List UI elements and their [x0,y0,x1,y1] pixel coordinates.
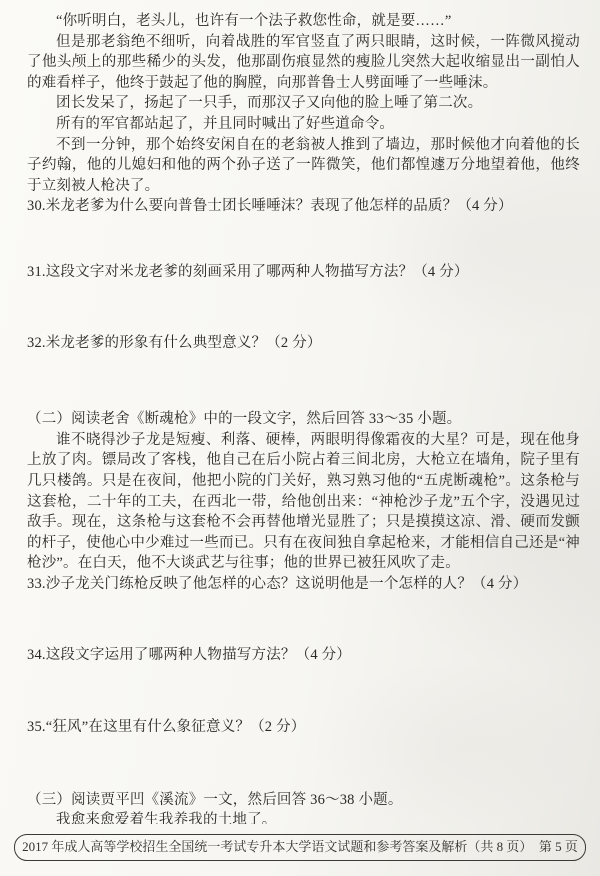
passage-duanhunqiang: 谁不晓得沙子龙是短瘦、利落、硬棒，两眼明得像霜夜的大星？可是，现在他身上放了肉。… [27,430,580,574]
question-34: 34.这段文字运用了哪两种人物描写方法？（4 分） [27,645,580,666]
passage-milon-para3: 所有的军官都站起了，并且同时喊出了好些道命令。 [27,114,580,135]
page-footer: 2017 年成人高等学校招生全国统一考试专升本大学语文试题和参考答案及解析（共 … [14,834,586,861]
question-35: 35.“狂风”在这里有什么象征意义？（2 分） [27,717,580,738]
exam-paper-page: “你听明白，老头儿，也许有一个法子救您性命，就是要……” 但是那老翁绝不细听，向… [0,0,600,876]
passage-milon-para2: 团长发呆了，扬起了一只手，而那汉子又向他的脸上唾了第二次。 [27,93,580,114]
question-33: 33.沙子龙关门练枪反映了他怎样的心态？这说明他是一个怎样的人？（4 分） [27,574,580,595]
passage-milon-dialogue: “你听明白，老头儿，也许有一个法子救您性命，就是要……” [27,11,580,32]
footer-text: 2017 年成人高等学校招生全国统一考试专升本大学语文试题和参考答案及解析（共 … [22,839,578,854]
section-2-heading: （二）阅读老舍《断魂枪》中的一段文字，然后回答 33～35 小题。 [27,409,580,430]
passage-xiliu-para1: 我愈来愈爱着生我养我的土地了。 [27,810,580,824]
question-32: 32.米龙老爹的形象有什么典型意义？（2 分） [27,333,580,354]
passage-milon-para1: 但是那老翁绝不细听，向着战胜的军官竖直了两只眼睛，这时候，一阵微风搅动了他头颅上… [27,32,580,94]
question-31: 31.这段文字对米龙老爹的刻画采用了哪两种人物描写方法？（4 分） [27,262,580,283]
passage-milon-para4: 不到一分钟，那个始终安闲自在的老翁被人推到了墙边，那时候他才向着他的长子约翰，他… [27,135,580,197]
page-content: “你听明白，老头儿，也许有一个法子救您性命，就是要……” 但是那老翁绝不细听，向… [0,0,600,824]
section-3-heading: （三）阅读贾平凹《溪流》一文，然后回答 36～38 小题。 [27,790,580,811]
question-30: 30.米龙老爹为什么要向普鲁士团长唾唾沫？表现了他怎样的品质？（4 分） [27,196,580,217]
